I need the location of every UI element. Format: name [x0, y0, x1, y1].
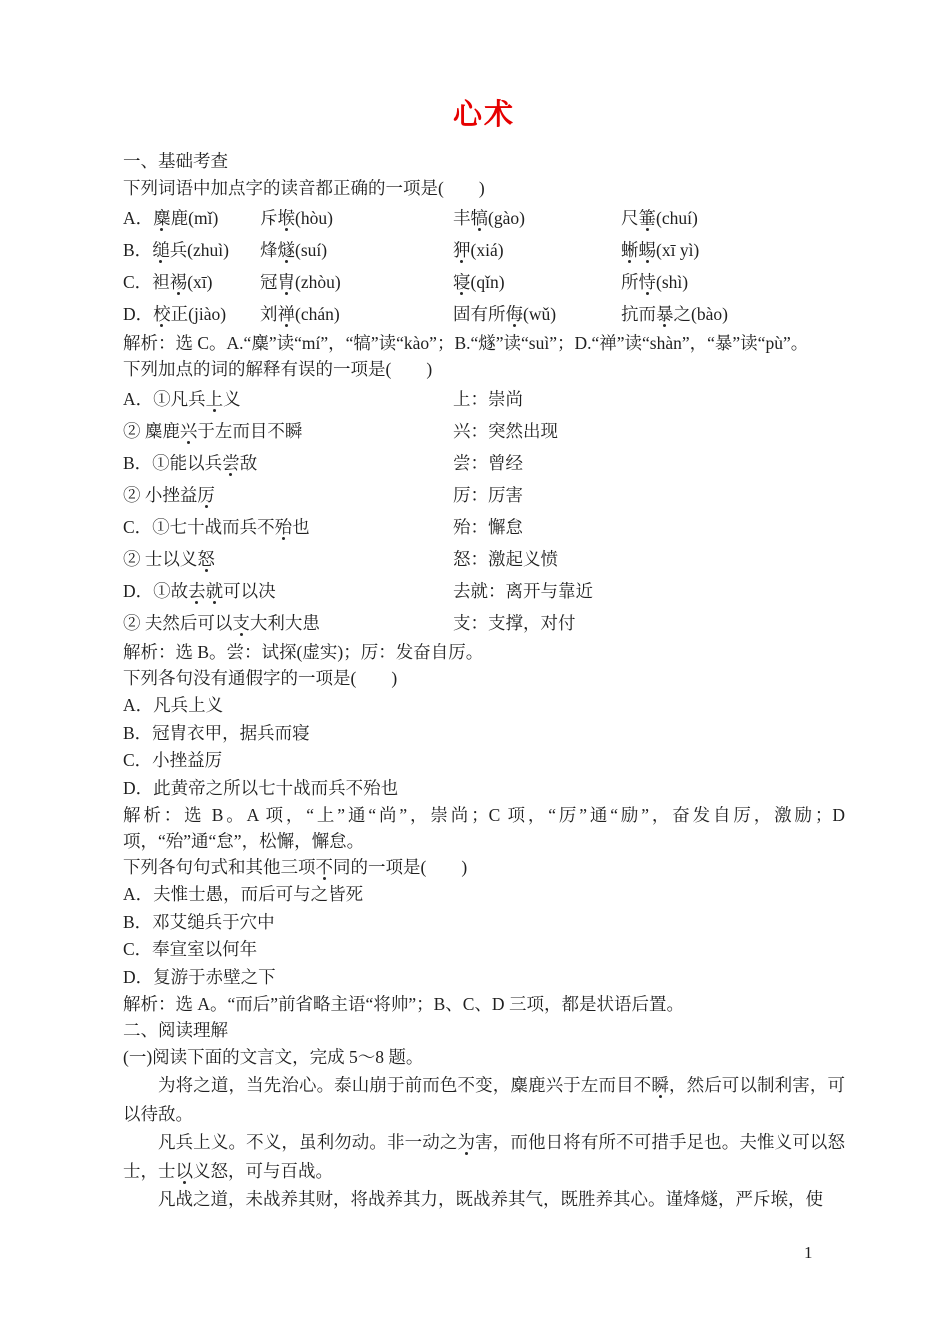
q1-c-col3: 寝(qǐn) — [453, 266, 621, 298]
q4-option-b: B．邓艾缒兵于穴中 — [123, 909, 845, 937]
q4-analysis: 解析：选 A。“而后”前省略主语“将帅”；B、C、D 三项，都是状语后置。 — [123, 991, 845, 1017]
q2-row-a1: A．①凡兵上义 上：崇尚 — [123, 383, 845, 415]
q2-c2-gloss: 怒：激起义愤 — [453, 543, 845, 575]
passage-paragraph-3: 凡战之道，未战养其财，将战养其力，既战养其气，既胜养其心。谨烽燧，严斥堠，使 — [123, 1185, 845, 1214]
page-number: 1 — [804, 1243, 813, 1263]
q4-option-c: C．奉宣室以何年 — [123, 936, 845, 964]
q1-b-col2: 烽燧(suí) — [260, 234, 453, 266]
q1-row-a: A．麋鹿(mǐ) 斥堠(hòu) 丰犒(gào) 尺箠(chuí) — [123, 202, 845, 234]
q2-d2-phrase: ② 夫然后可以支大利大患 — [123, 607, 453, 639]
q2-c1-gloss: 殆：懈怠 — [453, 511, 845, 543]
section-2-subheading: (一)阅读下面的文言文，完成 5～8 题。 — [123, 1044, 845, 1071]
q1-a-col3: 丰犒(gào) — [453, 202, 621, 234]
q2-a1-gloss: 上：崇尚 — [453, 383, 845, 415]
q2-b1-phrase: B．①能以兵尝敌 — [123, 447, 453, 479]
q2-a2-phrase: ② 麋鹿兴于左而目不瞬 — [123, 415, 453, 447]
q2-c1-phrase: C．①七十战而兵不殆也 — [123, 511, 453, 543]
q2-row-b2: ② 小挫益厉 厉：厉害 — [123, 479, 845, 511]
q2-c2-phrase: ② 士以义怒 — [123, 543, 453, 575]
passage-paragraph-1: 为将之道，当先治心。泰山崩于前而色不变，麋鹿兴于左而目不瞬，然后可以制利害，可以… — [123, 1071, 845, 1128]
q1-b-col4: 蜥蜴(xī yì) — [621, 234, 845, 266]
q1-row-d: D．校正(jiào) 刘禅(chán) 固有所侮(wǔ) 抗而暴之(bào) — [123, 298, 845, 330]
q1-d-col3: 固有所侮(wǔ) — [453, 298, 621, 330]
q1-a-col2: 斥堠(hòu) — [260, 202, 453, 234]
q2-a1-phrase: A．①凡兵上义 — [123, 383, 453, 415]
passage-paragraph-2: 凡兵上义。不义，虽利勿动。非一动之为害，而他日将有所不可措手足也。夫惟义可以怒士… — [123, 1128, 845, 1185]
section-2-heading: 二、阅读理解 — [123, 1017, 845, 1044]
document-page: 心术 一、基础考查 下列词语中加点字的读音都正确的一项是( ) A．麋鹿(mǐ)… — [123, 98, 845, 1214]
q1-c-col1: C．袒裼(xī) — [123, 266, 260, 298]
q1-d-col2: 刘禅(chán) — [260, 298, 453, 330]
q1-stem: 下列词语中加点字的读音都正确的一项是( ) — [123, 175, 845, 202]
q1-analysis: 解析：选 C。A.“麋”读“mí”，“犒”读“kào”；B.“燧”读“suì”；… — [123, 330, 845, 356]
q2-row-d2: ② 夫然后可以支大利大患 支：支撑，对付 — [123, 607, 845, 639]
q3-option-c: C．小挫益厉 — [123, 747, 845, 775]
q2-analysis: 解析：选 B。尝：试探(虚实)；厉：发奋自厉。 — [123, 639, 845, 665]
q2-d1-phrase: D．①故去就可以决 — [123, 575, 453, 607]
q2-stem: 下列加点的词的解释有误的一项是( ) — [123, 356, 845, 383]
q3-option-b: B．冠胄衣甲，据兵而寝 — [123, 720, 845, 748]
q3-stem: 下列各句没有通假字的一项是( ) — [123, 665, 845, 692]
q3-analysis: 解析：选 B。A 项，“上”通“尚”，崇尚；C 项，“厉”通“励”，奋发自厉，激… — [123, 802, 845, 854]
q2-d1-gloss: 去就：离开与靠近 — [453, 575, 845, 607]
q2-row-b1: B．①能以兵尝敌 尝：曾经 — [123, 447, 845, 479]
q4-option-a: A．夫惟士愚，而后可与之皆死 — [123, 881, 845, 909]
q2-d2-gloss: 支：支撑，对付 — [453, 607, 845, 639]
q2-row-c1: C．①七十战而兵不殆也 殆：懈怠 — [123, 511, 845, 543]
q1-d-col1: D．校正(jiào) — [123, 298, 260, 330]
section-1-heading: 一、基础考查 — [123, 148, 845, 175]
q1-b-col3: 狎(xiá) — [453, 234, 621, 266]
q1-row-b: B．缒兵(zhuì) 烽燧(suí) 狎(xiá) 蜥蜴(xī yì) — [123, 234, 845, 266]
q1-c-col4: 所恃(shì) — [621, 266, 845, 298]
q2-b1-gloss: 尝：曾经 — [453, 447, 845, 479]
page-title: 心术 — [123, 98, 845, 132]
q1-a-col4: 尺箠(chuí) — [621, 202, 845, 234]
q2-row-d1: D．①故去就可以决 去就：离开与靠近 — [123, 575, 845, 607]
q2-b2-phrase: ② 小挫益厉 — [123, 479, 453, 511]
q1-b-col1: B．缒兵(zhuì) — [123, 234, 260, 266]
q1-c-col2: 冠胄(zhòu) — [260, 266, 453, 298]
q1-a-col1: A．麋鹿(mǐ) — [123, 202, 260, 234]
q1-d-col4: 抗而暴之(bào) — [621, 298, 845, 330]
q1-row-c: C．袒裼(xī) 冠胄(zhòu) 寝(qǐn) 所恃(shì) — [123, 266, 845, 298]
q3-option-a: A．凡兵上义 — [123, 692, 845, 720]
q2-row-a2: ② 麋鹿兴于左而目不瞬 兴：突然出现 — [123, 415, 845, 447]
q4-option-d: D．复游于赤壁之下 — [123, 964, 845, 992]
q4-stem: 下列各句句式和其他三项不同的一项是( ) — [123, 854, 845, 881]
q3-option-d: D．此黄帝之所以七十战而兵不殆也 — [123, 775, 845, 803]
q2-b2-gloss: 厉：厉害 — [453, 479, 845, 511]
q2-row-c2: ② 士以义怒 怒：激起义愤 — [123, 543, 845, 575]
q2-a2-gloss: 兴：突然出现 — [453, 415, 845, 447]
